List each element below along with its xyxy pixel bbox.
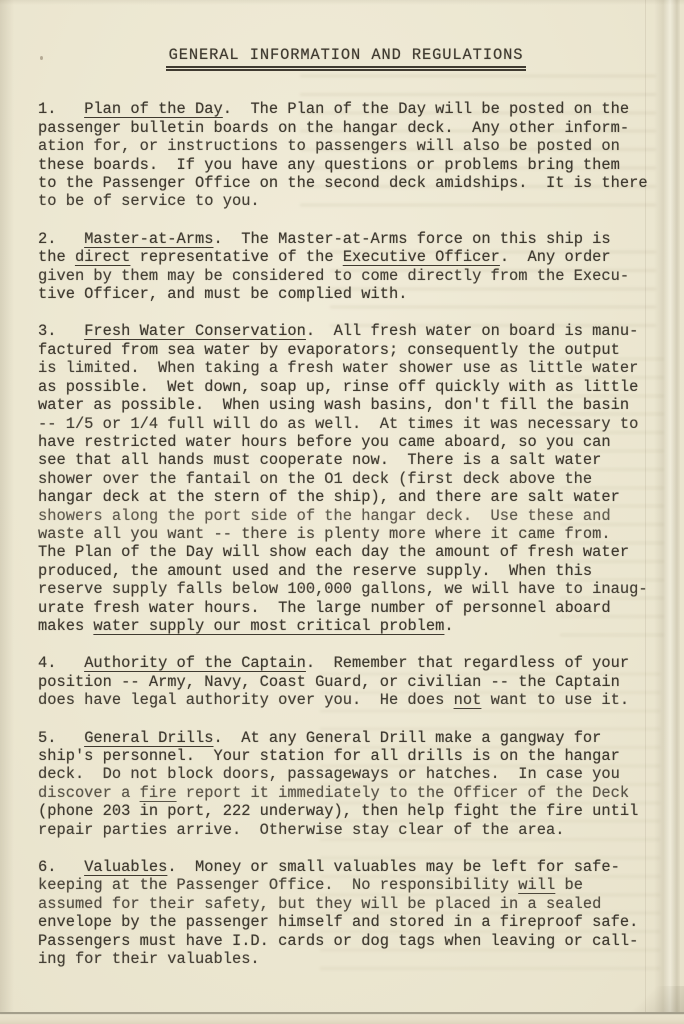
text-line: (phone 203 in port, 222 underway), then … bbox=[38, 802, 654, 820]
text-line: 1. Plan of the Day. The Plan of the Day … bbox=[38, 100, 654, 118]
scanned-page: GENERAL INFORMATION AND REGULATIONS 1. P… bbox=[0, 0, 684, 1024]
text-line: makes water supply our most critical pro… bbox=[38, 617, 654, 635]
paragraph-authority-of-the-captain: 4. Authority of the Captain. Remember th… bbox=[38, 654, 654, 709]
text-line: 2. Master-at-Arms. The Master-at-Arms fo… bbox=[38, 230, 654, 248]
text-line: have restricted water hours before you c… bbox=[38, 433, 654, 451]
paper-top-edge bbox=[0, 0, 684, 5]
text-line: ing for their valuables. bbox=[38, 950, 654, 968]
paper-left-edge bbox=[0, 0, 14, 1012]
text-line: passenger bulletin boards on the hangar … bbox=[38, 119, 654, 137]
document-body: GENERAL INFORMATION AND REGULATIONS 1. P… bbox=[38, 46, 654, 987]
underlined-text: not bbox=[454, 691, 482, 709]
underlined-text: water supply our most critical problem bbox=[93, 617, 444, 635]
paper-sheet: GENERAL INFORMATION AND REGULATIONS 1. P… bbox=[0, 0, 684, 1014]
text-line: does have legal authority over you. He d… bbox=[38, 691, 654, 709]
text-line: tive Officer, and must be complied with. bbox=[38, 285, 654, 303]
text-line: discover a fire report it immediately to… bbox=[38, 784, 654, 802]
text-line: water as possible. When using wash basin… bbox=[38, 396, 654, 414]
text-line: 6. Valuables. Money or small valuables m… bbox=[38, 858, 654, 876]
text-line: ship's personnel. Your station for all d… bbox=[38, 747, 654, 765]
underlined-text: General Drills bbox=[84, 729, 213, 747]
title-row: GENERAL INFORMATION AND REGULATIONS bbox=[38, 46, 654, 64]
text-line: shower over the fantail on the O1 deck (… bbox=[38, 470, 654, 488]
underlined-text: Plan of the Day bbox=[84, 100, 223, 118]
underlined-text: Fresh Water Conservation bbox=[84, 322, 306, 340]
underlined-text: Valuables bbox=[84, 858, 167, 876]
text-line: see that all hands must cooperate now. T… bbox=[38, 451, 654, 469]
underlined-text: fire bbox=[140, 784, 177, 802]
underlined-text: Master-at-Arms bbox=[84, 230, 213, 248]
paragraph-general-drills: 5. General Drills. At any General Drill … bbox=[38, 729, 654, 839]
document-title: GENERAL INFORMATION AND REGULATIONS bbox=[166, 46, 527, 71]
text-line: reserve supply falls below 100,000 gallo… bbox=[38, 580, 654, 598]
paragraph-plan-of-the-day: 1. Plan of the Day. The Plan of the Day … bbox=[38, 100, 654, 210]
text-line: Passengers must have I.D. cards or dog t… bbox=[38, 932, 654, 950]
text-line: ation for, or instructions to passengers… bbox=[38, 137, 654, 155]
text-line: factured from sea water by evaporators; … bbox=[38, 341, 654, 359]
text-line: as possible. Wet down, soap up, rinse of… bbox=[38, 378, 654, 396]
text-line: is limited. When taking a fresh water sh… bbox=[38, 359, 654, 377]
text-line: waste all you want -- there is plenty mo… bbox=[38, 525, 654, 543]
text-line: produced, the amount used and the reserv… bbox=[38, 562, 654, 580]
text-line: The Plan of the Day will show each day t… bbox=[38, 543, 654, 561]
paragraph-master-at-arms: 2. Master-at-Arms. The Master-at-Arms fo… bbox=[38, 230, 654, 304]
underlined-text: will bbox=[518, 876, 555, 894]
paragraph-fresh-water-conservation: 3. Fresh Water Conservation. All fresh w… bbox=[38, 322, 654, 635]
text-line: showers along the port side of the hanga… bbox=[38, 507, 654, 525]
text-line: the direct representative of the Executi… bbox=[38, 248, 654, 266]
paper-corner-curl bbox=[589, 986, 684, 1012]
text-line: assumed for their safety, but they will … bbox=[38, 895, 654, 913]
text-line: deck. Do not block doors, passageways or… bbox=[38, 765, 654, 783]
text-line: 4. Authority of the Captain. Remember th… bbox=[38, 654, 654, 672]
text-line: 3. Fresh Water Conservation. All fresh w… bbox=[38, 322, 654, 340]
text-line: to be of service to you. bbox=[38, 192, 654, 210]
text-line: position -- Army, Navy, Coast Guard, or … bbox=[38, 673, 654, 691]
underlined-text: direct bbox=[75, 248, 130, 266]
text-line: keeping at the Passenger Office. No resp… bbox=[38, 876, 654, 894]
text-line: to the Passenger Office on the second de… bbox=[38, 174, 654, 192]
underlined-text: Executive Officer bbox=[343, 248, 500, 266]
text-line: given by them may be considered to come … bbox=[38, 267, 654, 285]
paper-right-edge bbox=[654, 0, 680, 1012]
text-line: urate fresh water hours. The large numbe… bbox=[38, 599, 654, 617]
text-line: repair parties arrive. Otherwise stay cl… bbox=[38, 821, 654, 839]
underlined-text: Authority of the Captain bbox=[84, 654, 306, 672]
text-line: -- 1/5 or 1/4 full will do as well. At t… bbox=[38, 415, 654, 433]
text-line: hangar deck at the stern of the ship), a… bbox=[38, 488, 654, 506]
text-line: 5. General Drills. At any General Drill … bbox=[38, 729, 654, 747]
text-line: envelope by the passenger himself and st… bbox=[38, 913, 654, 931]
text-line: these boards. If you have any questions … bbox=[38, 156, 654, 174]
paragraph-valuables: 6. Valuables. Money or small valuables m… bbox=[38, 858, 654, 968]
